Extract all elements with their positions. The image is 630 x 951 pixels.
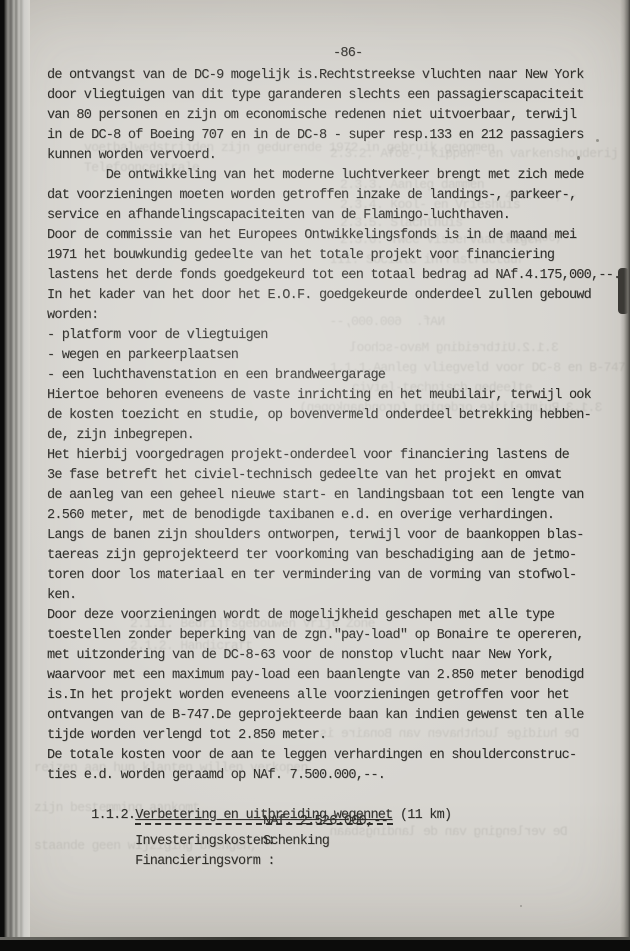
- page-number: -86-: [333, 44, 362, 64]
- text-line: lastens het derde fonds goedgekeurd tot …: [47, 266, 617, 286]
- text-line: ken.: [47, 586, 617, 606]
- text-line: kunnen worden vervoerd.: [47, 146, 617, 166]
- text-line: Door de commissie van het Europees Ontwi…: [47, 226, 617, 246]
- text-line: Langs de banen zijn shoulders ontworpen,…: [47, 526, 617, 546]
- text-line: is.In het projekt worden eveneens alle v…: [47, 686, 617, 706]
- text-line: De totale kosten voor de aan te leggen v…: [47, 746, 617, 766]
- text-line: In het kader van het door het E.O.F. goe…: [47, 286, 617, 306]
- text-line: service en afhandelingscapaciteiten van …: [47, 206, 617, 226]
- text-line: Hiertoe behoren eveneens de vaste inrich…: [47, 386, 617, 406]
- text-line: worden:: [47, 306, 617, 326]
- text-line: ontvangen van de B-747.De geprojekteerde…: [47, 706, 617, 726]
- financing-form-row: Financieringsvorm : Schenking: [47, 832, 617, 852]
- text-line: toestellen zonder beperking van de zgn."…: [47, 626, 617, 646]
- list-item: - platform voor de vliegtuigen: [47, 326, 617, 346]
- text-line: 1971 het bouwkundig gedeelte van het tot…: [47, 246, 617, 266]
- scanner-black-band: [0, 940, 630, 951]
- investment-cost-value: NAf. 2.526.000,--: [263, 812, 388, 832]
- scanned-document: { "page": { "number": "-86-", "colors": …: [0, 0, 630, 951]
- text-line: door vliegtuigen van dit type garanderen…: [47, 86, 617, 106]
- financing-form-value: Schenking: [263, 832, 329, 852]
- text-line: Door deze voorzieningen wordt de mogelij…: [47, 606, 617, 626]
- text-line: Het hierbij voorgedragen projekt-onderde…: [47, 446, 617, 466]
- list-item: - wegen en parkeerplaatsen: [47, 346, 617, 366]
- document-body: de ontvangst van de DC-9 mogelijk is.Rec…: [47, 66, 617, 852]
- text-line: toren door los materiaal en ter verminde…: [47, 566, 617, 586]
- book-spine: [0, 0, 30, 951]
- text-line: van 80 personen en zijn om economische r…: [47, 106, 617, 126]
- text-line: de ontvangst van de DC-9 mogelijk is.Rec…: [47, 66, 617, 86]
- text-line: waarvoor met een maximum pay-load een ba…: [47, 666, 617, 686]
- text-line: De ontwikkeling van het moderne luchtver…: [47, 166, 617, 186]
- ink-speck: [520, 905, 522, 907]
- text-line: in de DC-8 of Boeing 707 en in de DC-8 -…: [47, 126, 617, 146]
- investment-cost-row: Investeringskosten: NAf. 2.526.000,--: [47, 812, 617, 832]
- list-item: - een luchthavenstation en een brandweer…: [47, 366, 617, 386]
- text-line: de, zijn inbegrepen.: [47, 426, 617, 446]
- text-line: dat voorzieningen moeten worden getroffe…: [47, 186, 617, 206]
- ink-speck: [596, 139, 599, 142]
- text-line: ties e.d. worden geraamd op NAf. 7.500.0…: [47, 766, 617, 786]
- section-heading: 1.1.2.Verbetering en uitbreiding wegenne…: [47, 786, 617, 806]
- text-line: de kosten toezicht en studie, op bovenve…: [47, 406, 617, 426]
- financing-form-label: Financieringsvorm :: [135, 854, 275, 869]
- text-line: de aanleg van een geheel nieuwe start- e…: [47, 486, 617, 506]
- text-line: 3e fase betreft het civiel-technisch ged…: [47, 466, 617, 486]
- page-right-edge: [620, 0, 630, 940]
- text-line: taereas zijn geprojekteerd ter voorkomin…: [47, 546, 617, 566]
- text-line: tijde worden verlengd tot 2.850 meter.: [47, 726, 617, 746]
- text-line: met uitzondering van de DC-8-63 voor de …: [47, 646, 617, 666]
- scanned-page: voetbalwedstrijden zijn gedurende 1972 i…: [0, 0, 630, 940]
- text-line: 2.560 meter, met de benodigde taxibanen …: [47, 506, 617, 526]
- ink-speck: [577, 156, 580, 160]
